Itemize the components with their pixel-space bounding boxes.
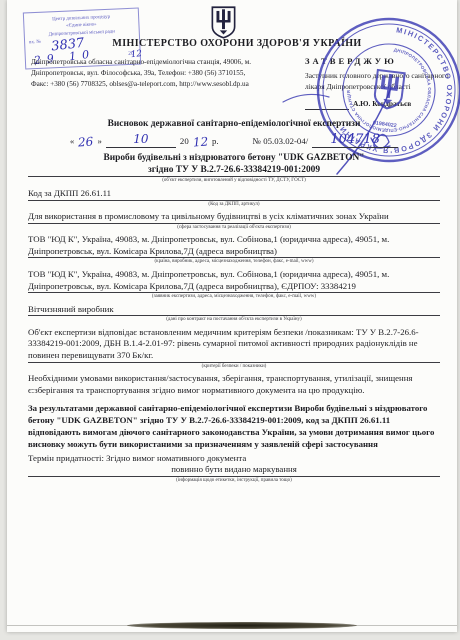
shelf-life-line: Термін придатності: Згідно вимог номатив…: [28, 453, 440, 465]
field-manufacturer: ТОВ "ЮД К", Україна, 49083, м. Дніпропет…: [28, 234, 440, 258]
marking-line: повинно бути видано маркування: [28, 464, 440, 477]
field-safety-criteria: Об'єкт експертизи відповідає встановлени…: [28, 327, 440, 363]
number-label: № 05.03.02-04/: [253, 136, 309, 148]
field-usage-conditions: Необхідними умовами використання/застосу…: [28, 373, 440, 396]
field-applicant-caption: (заявник експертизи, адреса, місцезнаход…: [28, 294, 440, 301]
screenshot-stage: Центр дозвільних процедур «Єдине вікно» …: [0, 0, 460, 640]
quote-close: »: [98, 136, 102, 148]
subject-line2: згідно ТУ У В.2.7-26.6-33384219-001:2009: [28, 164, 440, 177]
field-domestic-producer: Вітчизняний виробник: [28, 304, 440, 317]
ukraine-trident-icon: [211, 6, 236, 39]
day-handwritten: 26: [78, 137, 94, 149]
year-handwritten: 12: [192, 137, 208, 149]
field-applicant: ТОВ "ЮД К", Україна, 49083, м. Дніпропет…: [28, 269, 440, 293]
shelf-life-caption: (інформація щодо етикетки, інструкції, п…: [28, 478, 440, 485]
field-code-dkpp-caption: (Код за ДКПП, артикул): [28, 202, 440, 209]
approval-block: ЗАТВЕРДЖУЮ Заступник головного державног…: [305, 55, 455, 110]
month-handwritten: 10: [133, 132, 148, 146]
conclusion-paragraph: За результатами державної санітарно-епід…: [28, 403, 440, 451]
number-handwritten: 104718: [330, 132, 380, 147]
quote-open: «: [70, 136, 74, 148]
content-column: Висновок державної санітарно-епідеміолог…: [28, 118, 440, 487]
field-code-dkpp: Код за ДКПП 26.61.11: [28, 188, 440, 201]
field-domestic-producer-caption: (дані про контракт на постачання об'єкта…: [28, 317, 440, 324]
field-usage-scope-caption: (сфера застосування та реалізації об'єкт…: [28, 225, 440, 232]
signature-line: [305, 100, 349, 110]
ministry-heading: МІНІСТЕРСТВО ОХОРОНИ ЗДОРОВ'Я УКРАЇНИ: [67, 38, 407, 49]
approver-name: А.Ю. Кондратьєв: [353, 99, 411, 110]
station-address: Дніпропетровська обласна санітарно-епіде…: [31, 57, 259, 90]
subject-line1: Вироби будівельні з ніздрюватого бетону …: [28, 152, 440, 164]
approval-title: ЗАТВЕРДЖУЮ: [305, 55, 455, 67]
field-usage-scope: Для використання в промисловому та цивіл…: [28, 211, 440, 224]
document-page: Центр дозвільних процедур «Єдине вікно» …: [7, 0, 457, 632]
document-title: Висновок державної санітарно-епідеміолог…: [28, 118, 440, 130]
year-prefix: 20: [180, 136, 189, 148]
scan-shadow: [127, 622, 357, 629]
field-manufacturer-caption: (країна, виробник, адреса, місцезнаходже…: [28, 259, 440, 266]
approval-role: Заступник головного державного санітарно…: [305, 71, 455, 92]
field-safety-criteria-caption: (критерії безпеки / показники): [28, 364, 440, 371]
subject-caption: (об'єкт експертизи, виготовлений у відпо…: [28, 178, 440, 185]
year-suffix: р.: [212, 136, 219, 148]
date-number-row: «26» 10 2012 р. № 05.03.02-04/ 104718: [28, 134, 440, 148]
